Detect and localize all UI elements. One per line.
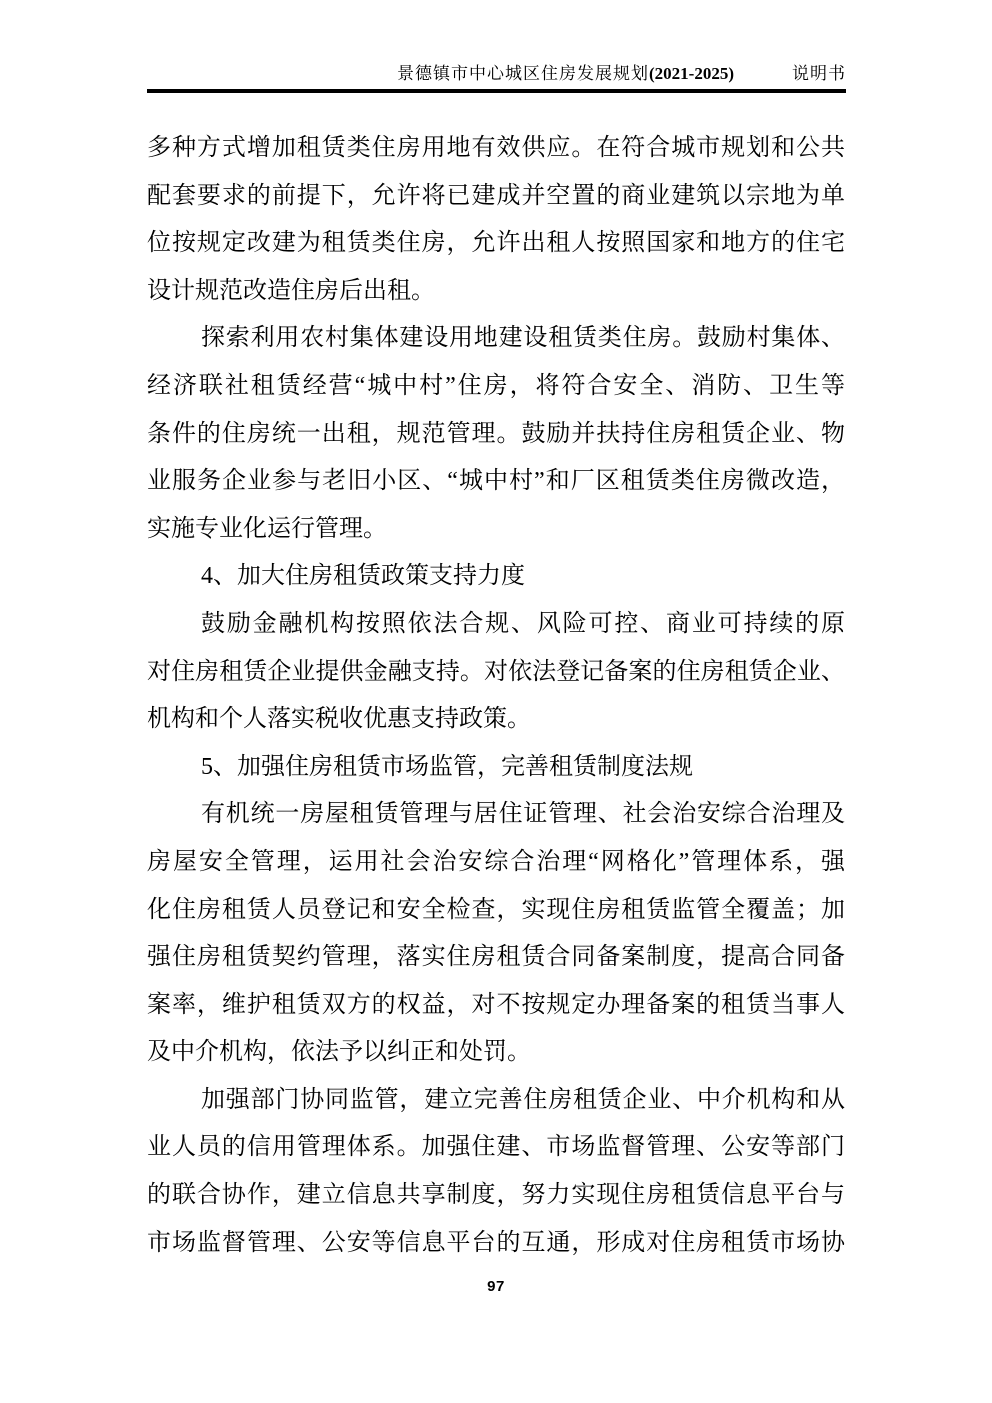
paragraph-line: 的联合协作，建立信息共享制度，努力实现住房租赁信息平台与 xyxy=(147,1172,845,1220)
paragraph-line: 机构和个人落实税收优惠支持政策。 xyxy=(147,696,845,744)
paragraph-line: 位按规定改建为租赁类住房，允许出租人按照国家和地方的住宅 xyxy=(147,220,845,268)
header-title-main: 景德镇市中心城区住房发展规划 xyxy=(397,64,649,83)
paragraph-line: 业人员的信用管理体系。加强住建、市场监督管理、公安等部门 xyxy=(147,1124,845,1172)
page-header: 景德镇市中心城区住房发展规划(2021-2025) 说明书 xyxy=(147,60,846,86)
page-number: 97 xyxy=(0,1278,992,1295)
section-heading: 5、加强住房租赁市场监管，完善租赁制度法规 xyxy=(147,744,845,792)
paragraph-line: 案率，维护租赁双方的权益，对不按规定办理备案的租赁当事人 xyxy=(147,982,845,1030)
paragraph-line: 设计规范改造住房后出租。 xyxy=(147,268,845,316)
header-title: 景德镇市中心城区住房发展规划(2021-2025) xyxy=(397,62,734,86)
document-body: 多种方式增加租赁类住房用地有效供应。在符合城市规划和公共配套要求的前提下，允许将… xyxy=(147,125,845,1267)
paragraph-line: 条件的住房统一出租，规范管理。鼓励并扶持住房租赁企业、物 xyxy=(147,411,845,459)
paragraph-line: 鼓励金融机构按照依法合规、风险可控、商业可持续的原则， xyxy=(147,601,845,649)
paragraph-line: 实施专业化运行管理。 xyxy=(147,506,845,554)
paragraph-line: 经济联社租赁经营“城中村”住房，将符合安全、消防、卫生等 xyxy=(147,363,845,411)
header-doc-label: 说明书 xyxy=(792,62,846,86)
paragraph-line: 市场监督管理、公安等信息平台的互通，形成对住房租赁市场协 xyxy=(147,1220,845,1268)
paragraph-line: 配套要求的前提下，允许将已建成并空置的商业建筑以宗地为单 xyxy=(147,173,845,221)
paragraph-line: 房屋安全管理，运用社会治安综合治理“网格化”管理体系，强 xyxy=(147,839,845,887)
header-rule xyxy=(147,89,846,93)
paragraph-line: 有机统一房屋租赁管理与居住证管理、社会治安综合治理及 xyxy=(147,791,845,839)
header-title-year: (2021-2025) xyxy=(649,64,734,83)
paragraph-line: 强住房租赁契约管理，落实住房租赁合同备案制度，提高合同备 xyxy=(147,934,845,982)
paragraph-line: 加强部门协同监管，建立完善住房租赁企业、中介机构和从 xyxy=(147,1077,845,1125)
paragraph-line: 多种方式增加租赁类住房用地有效供应。在符合城市规划和公共 xyxy=(147,125,845,173)
paragraph-line: 对住房租赁企业提供金融支持。对依法登记备案的住房租赁企业、 xyxy=(147,649,845,697)
paragraph-line: 化住房租赁人员登记和安全检查，实现住房租赁监管全覆盖；加 xyxy=(147,887,845,935)
paragraph-line: 业服务企业参与老旧小区、“城中村”和厂区租赁类住房微改造， xyxy=(147,458,845,506)
section-heading: 4、加大住房租赁政策支持力度 xyxy=(147,553,845,601)
paragraph-line: 及中介机构，依法予以纠正和处罚。 xyxy=(147,1029,845,1077)
paragraph-line: 探索利用农村集体建设用地建设租赁类住房。鼓励村集体、 xyxy=(147,315,845,363)
document-page: 景德镇市中心城区住房发展规划(2021-2025) 说明书 多种方式增加租赁类住… xyxy=(0,0,992,1403)
